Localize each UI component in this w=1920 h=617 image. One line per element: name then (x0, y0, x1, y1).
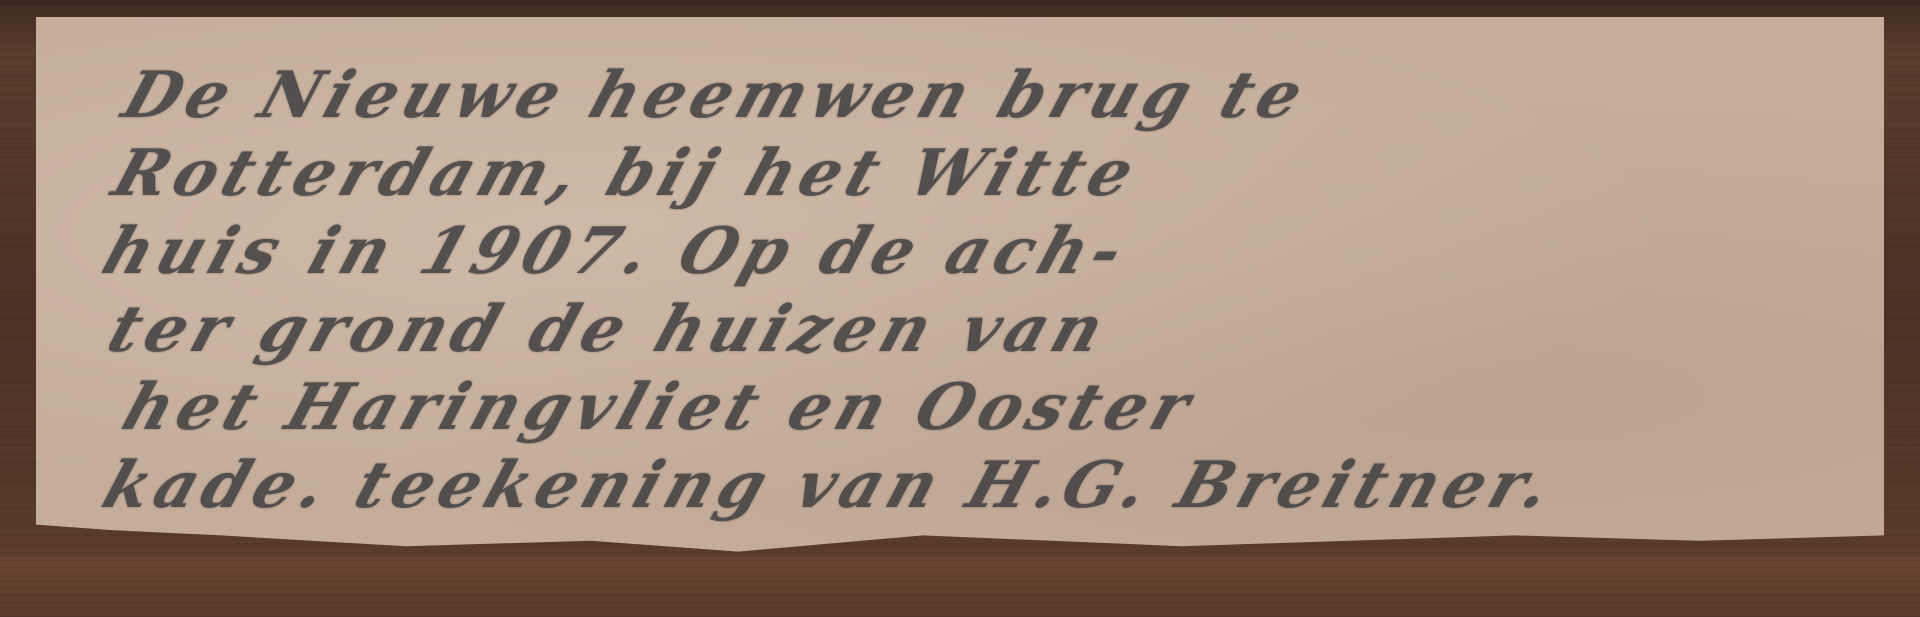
text-line-5: het Haringvliet en Ooster (113, 369, 1836, 447)
handwritten-text: De Nieuwe heemwen brug te Rotterdam, bij… (126, 57, 1824, 525)
text-line-4: ter grond de huizen van (98, 291, 1836, 369)
text-line-2: Rotterdam, bij het Witte (103, 135, 1836, 213)
text-line-1: De Nieuwe heemwen brug te (113, 57, 1836, 135)
text-line-6: kade. teekening van H.G. Breitner. (93, 447, 1836, 525)
wood-plank-bottom (0, 557, 1920, 617)
text-line-3: huis in 1907. Op de ach- (93, 213, 1836, 291)
paper-label: De Nieuwe heemwen brug te Rotterdam, bij… (36, 17, 1884, 557)
